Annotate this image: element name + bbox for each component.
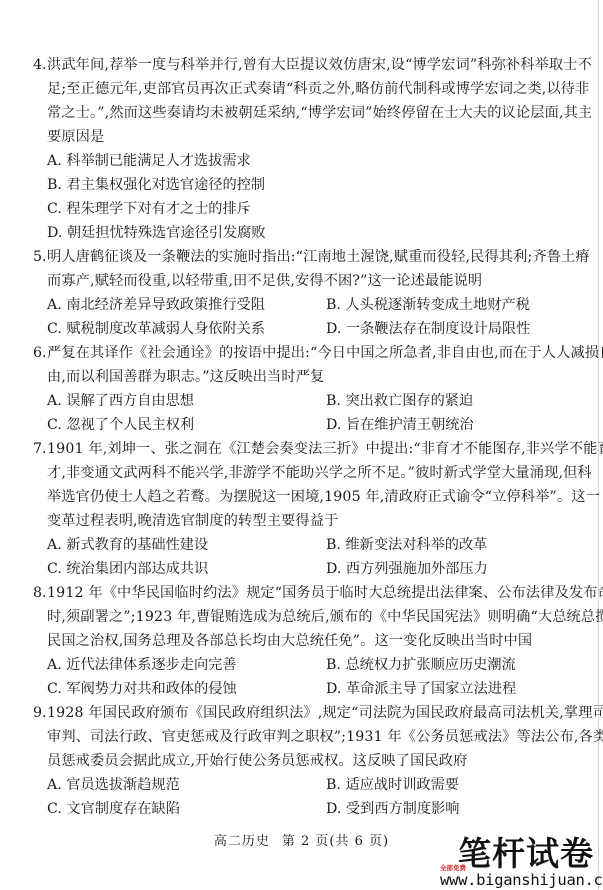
question-stem-line: 而寡产,赋轻而役重,以轻带重,田不足供,安得不困?”这一论述最能说明 xyxy=(47,271,482,291)
option-c: C. 忽视了个人民主权利 xyxy=(47,415,194,435)
option-b: B. 维新变法对科举的改革 xyxy=(326,535,487,555)
question-stem-line: 要原因是 xyxy=(47,127,104,147)
option-d: D. 革命派主导了国家立法进程 xyxy=(326,679,516,699)
option-c: C. 文官制度存在缺陷 xyxy=(47,799,180,819)
question-stem-line: 1928 年国民政府颁布《国民政府组织法》,规定“司法院为国民政府最高司法机关,… xyxy=(47,703,603,723)
option-d: D. 朝廷担忧特殊选官途径引发腐败 xyxy=(47,223,266,243)
option-d: D. 西方列强施加外部压力 xyxy=(326,559,488,579)
option-d: D. 旨在维护清王朝统治 xyxy=(326,415,474,435)
question-stem-line: 时,须副署之”;1923 年,曹锟贿选成为总统后,颁布的《中华民国宪法》则明确“… xyxy=(47,607,603,627)
option-a: A. 科举制已能满足人才选拔需求 xyxy=(47,151,251,171)
question-number: 7. xyxy=(33,439,47,459)
option-a: A. 新式教育的基础性建设 xyxy=(47,535,208,555)
question-number: 5. xyxy=(33,247,47,267)
option-c: C. 赋税制度改革减弱人身依附关系 xyxy=(47,319,265,339)
question-stem-line: 严复在其译作《社会通诠》的按语中提出:“今日中国之所急者,非自由也,而在于人人减… xyxy=(47,343,603,363)
option-b: B. 君主集权强化对选官途径的控制 xyxy=(47,175,265,195)
question-stem-line: 民国之治权,国务总理及各部总长均由大总统任免”。这一变化反映出当时中国 xyxy=(47,631,532,651)
option-d: D. 受到西方制度影响 xyxy=(326,799,459,819)
option-a: A. 误解了西方自由思想 xyxy=(47,391,194,411)
question-number: 6. xyxy=(33,343,47,363)
question-stem-line: 常之士。”,然而这些奏请均未被朝廷采纳,“博学宏词”始终停留在士大夫的议论层面,… xyxy=(47,103,592,123)
option-c: C. 程朱理学下对有才之士的排斥 xyxy=(47,199,251,219)
question-stem-line: 1912 年《中华民国临时约法》规定“国务员于临时大总统提出法律案、公布法律及发… xyxy=(47,583,603,603)
question-stem-line: 员惩戒委员会据此成立,开始行使公务员惩戒权。这反映了国民政府 xyxy=(47,751,467,771)
option-a: A. 近代法律体系逐步走向完善 xyxy=(47,655,237,675)
question-stem-line: 变革过程表明,晚清选官制度的转型主要得益于 xyxy=(47,511,338,531)
question-stem-line: 审判、司法行政、官吏惩戒及行政审判之职权”;1931 年《公务员惩戒法》等法公布… xyxy=(47,727,603,747)
watermark-url: www.biganshijuan.com xyxy=(440,871,603,889)
option-b: B. 总统权力扩张顺应历史潮流 xyxy=(326,655,516,675)
exam-page: 4. 洪武年间,荐举一度与科举并行,曾有大臣提议效仿唐宋,设“博学宏词”科弥补科… xyxy=(0,0,603,890)
question-stem-line: 足;至正德元年,吏部官员再次正式奏请“科贡之外,略仿前代制科或博学宏词之类,以待… xyxy=(47,79,589,99)
watermark-title: 笔杆试卷 xyxy=(458,836,594,872)
question-number: 9. xyxy=(33,703,47,723)
question-stem-line: 才,非变通文武两科不能兴学,非游学不能助兴学之所不足。”彼时新式学堂大量涌现,但… xyxy=(47,463,592,483)
option-c: C. 军阀势力对共和政体的侵蚀 xyxy=(47,679,237,699)
option-b: B. 突出救亡图存的紧迫 xyxy=(326,391,473,411)
question-stem-line: 由,而以利国善群为职志。”这反映出当时严复 xyxy=(47,367,324,387)
option-c: C. 统治集团内部达成共识 xyxy=(47,559,208,579)
question-number: 8. xyxy=(33,583,47,603)
option-a: A. 南北经济差异导致政策推行受阻 xyxy=(47,295,265,315)
question-stem-line: 举选官仍使士人趋之若鹜。为摆脱这一困境,1905 年,清政府正式谕令“立停科举”… xyxy=(47,487,600,507)
option-a: A. 官员选拔渐趋规范 xyxy=(47,775,180,795)
footer-page-number: 第 2 页(共 6 页) xyxy=(282,834,389,849)
footer-subject: 高二历史 xyxy=(214,834,270,849)
question-stem-line: 1901 年,刘坤一、张之洞在《江楚会奏变法三折》中提出:“非育才不能图存,非兴… xyxy=(47,439,603,459)
option-d: D. 一条鞭法存在制度设计局限性 xyxy=(326,319,530,339)
question-stem-line: 明人唐鹤征谈及一条鞭法的实施时指出:“江南地土渥饶,赋重而役轻,民得其利;齐鲁土… xyxy=(47,247,590,267)
option-b: B. 适应战时训政需要 xyxy=(326,775,459,795)
question-stem-line: 洪武年间,荐举一度与科举并行,曾有大臣提议效仿唐宋,设“博学宏词”科弥补科举取士… xyxy=(47,55,592,75)
question-number: 4. xyxy=(33,55,47,75)
option-b: B. 人头税逐渐转变成土地财产税 xyxy=(326,295,530,315)
